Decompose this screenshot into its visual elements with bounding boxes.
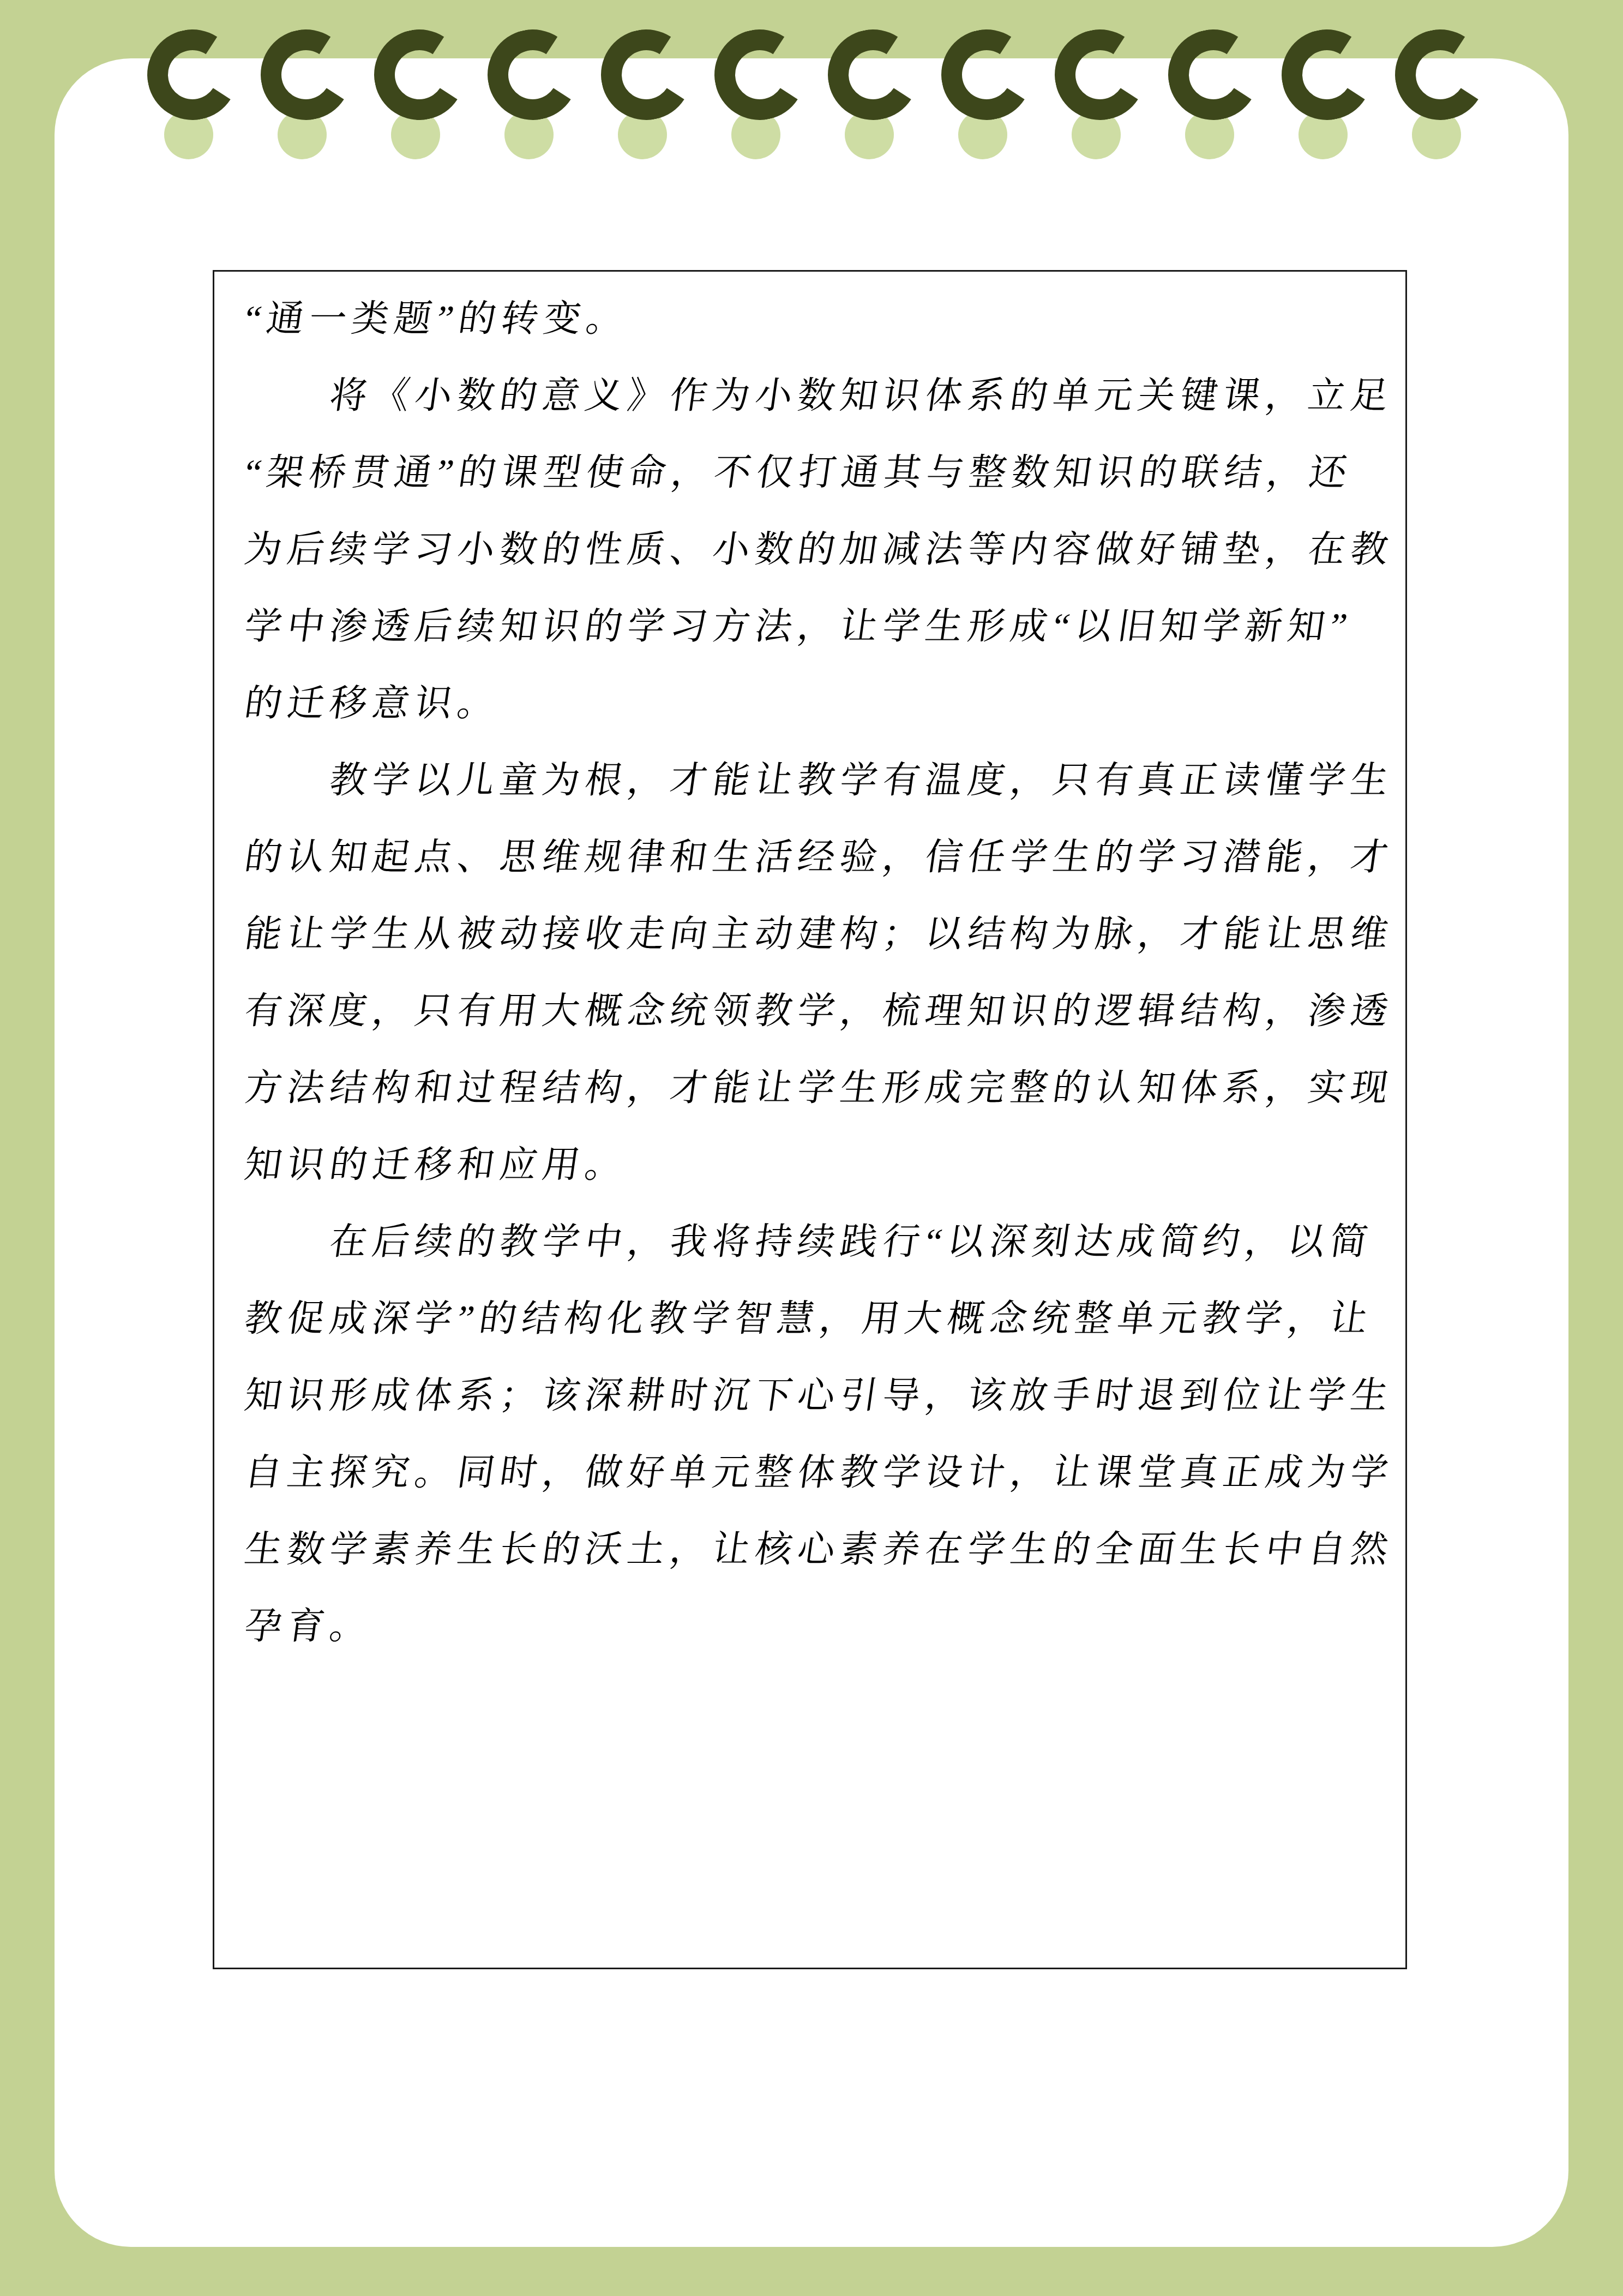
binder-ring [601,0,714,175]
text-line: 知识形成体系；该深耕时沉下心引导，该放手时退到位让学生 [239,1357,1412,1434]
spiral-ring-icon [479,21,587,129]
binder-ring [261,0,374,175]
spiral-ring-icon [1273,21,1381,129]
text-line: 将《小数的意义》作为小数知识体系的单元关键课，立足 [239,357,1412,434]
text-line: 生数学素养生长的沃土，让核心素养在学生的全面生长中自然 [239,1511,1412,1588]
binder-ring [941,0,1055,175]
binder-ring [1282,0,1395,175]
spiral-ring-icon [1047,21,1154,129]
document-text: “通一类题”的转变。 将《小数的意义》作为小数知识体系的单元关键课，立足“架桥贯… [239,280,1401,1665]
spiral-ring-icon [139,21,247,129]
text-line: 方法结构和过程结构，才能让学生形成完整的认知体系，实现 [239,1050,1412,1126]
text-line: “通一类题”的转变。 [239,280,1412,357]
text-line: 的迁移意识。 [239,665,1412,742]
text-line: 能让学生从被动接收走向主动建构；以结构为脉，才能让思维 [239,896,1412,973]
notebook-canvas: “通一类题”的转变。 将《小数的意义》作为小数知识体系的单元关键课，立足“架桥贯… [0,0,1623,2296]
binder-ring [714,0,828,175]
text-line: 有深度，只有用大概念统领教学，梳理知识的逻辑结构，渗透 [239,973,1412,1050]
spiral-ring-icon [820,21,927,129]
binder-ring [1055,0,1168,175]
text-line: 教促成深学”的结构化教学智慧，用大概念统整单元教学，让 [239,1280,1412,1357]
spiral-ring-icon [1160,21,1267,129]
spiral-ring-icon [706,21,814,129]
text-line: 知识的迁移和应用。 [239,1126,1412,1203]
binder-ring [488,0,601,175]
binder-ring [374,0,488,175]
text-line: 教学以儿童为根，才能让教学有温度，只有真正读懂学生 [239,742,1412,819]
text-line: 为后续学习小数的性质、小数的加减法等内容做好铺垫，在教 [239,511,1412,588]
spiral-ring-icon [366,21,473,129]
text-box: “通一类题”的转变。 将《小数的意义》作为小数知识体系的单元关键课，立足“架桥贯… [213,270,1407,1969]
binder-ring [828,0,941,175]
spiral-ring-icon [253,21,360,129]
text-line: 学中渗透后续知识的学习方法，让学生形成“以旧知学新知” [239,588,1412,665]
binder-ring [1168,0,1282,175]
text-line: 的认知起点、思维规律和生活经验，信任学生的学习潜能，才 [239,819,1412,896]
text-line: “架桥贯通”的课型使命，不仅打通其与整数知识的联结，还 [239,434,1412,511]
spiral-binding [0,0,1623,175]
spiral-ring-icon [593,21,700,129]
binder-ring [1395,0,1508,175]
spiral-ring-icon [1387,21,1494,129]
spiral-ring-icon [933,21,1041,129]
text-line: 自主探究。同时，做好单元整体教学设计，让课堂真正成为学 [239,1434,1412,1511]
text-line: 孕育。 [239,1588,1412,1665]
binder-ring [147,0,261,175]
text-line: 在后续的教学中，我将持续践行“以深刻达成简约，以简 [239,1203,1412,1280]
